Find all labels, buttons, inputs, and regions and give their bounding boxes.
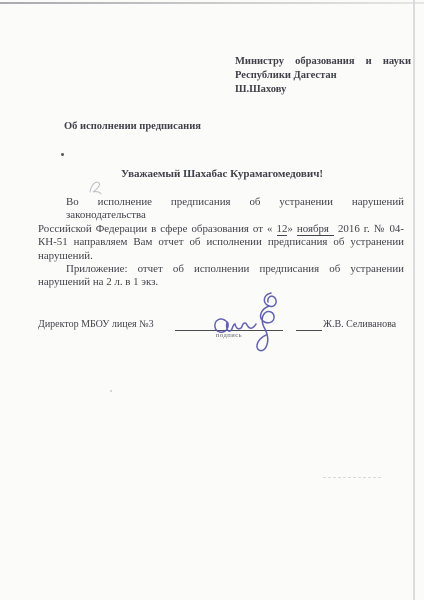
scanned-letter-page: Министру образования и науки Республики … [0, 0, 424, 600]
signer-name: Ж.В. Селиванова [323, 319, 396, 330]
scan-edge-artifact-top [0, 2, 424, 4]
underlined-date-day: 12 [277, 223, 288, 236]
letter-body: Во исполнение предписания об устранении … [38, 196, 404, 290]
salutation-line: Уважаемый Шахабас Курамагомедович! [38, 168, 406, 180]
scan-edge-artifact-right [413, 0, 415, 600]
recipient-line-1: Министру образования и науки [235, 55, 411, 69]
body-line-2-separator: » [287, 223, 292, 235]
body-line-5: Приложение: отчет об исполнении предписа… [38, 263, 404, 276]
recipient-block: Министру образования и науки Республики … [235, 55, 411, 97]
body-line-6: нарушений на 2 л. в 1 экз. [38, 276, 404, 289]
body-line-2: Российской Федерации в сфере образования… [38, 223, 404, 236]
body-line-1: Во исполнение предписания об устранении … [38, 196, 404, 223]
body-line-2-text: Российской Федерации в сфере образования… [38, 223, 272, 235]
recipient-line-2: Республики Дагестан [235, 69, 411, 83]
pen-dot-mark [61, 153, 64, 156]
body-line-2-tail: 2016 г. № 04- [338, 223, 404, 235]
handwritten-signature [212, 291, 294, 360]
underlined-date-month: ноября [297, 223, 334, 236]
body-line-4: нарушений. [38, 250, 404, 263]
body-line-3: КН-51 направляем Вам отчет об исполнении… [38, 236, 404, 249]
faint-dash-mark [323, 477, 381, 478]
signer-position-title: Директор МБОУ лицея №3 [38, 319, 154, 330]
subject-line: Об исполнении предписания [64, 121, 201, 132]
name-underline [296, 330, 322, 331]
recipient-line-3: Ш.Шахову [235, 83, 411, 97]
faint-dot-mark [110, 390, 112, 392]
